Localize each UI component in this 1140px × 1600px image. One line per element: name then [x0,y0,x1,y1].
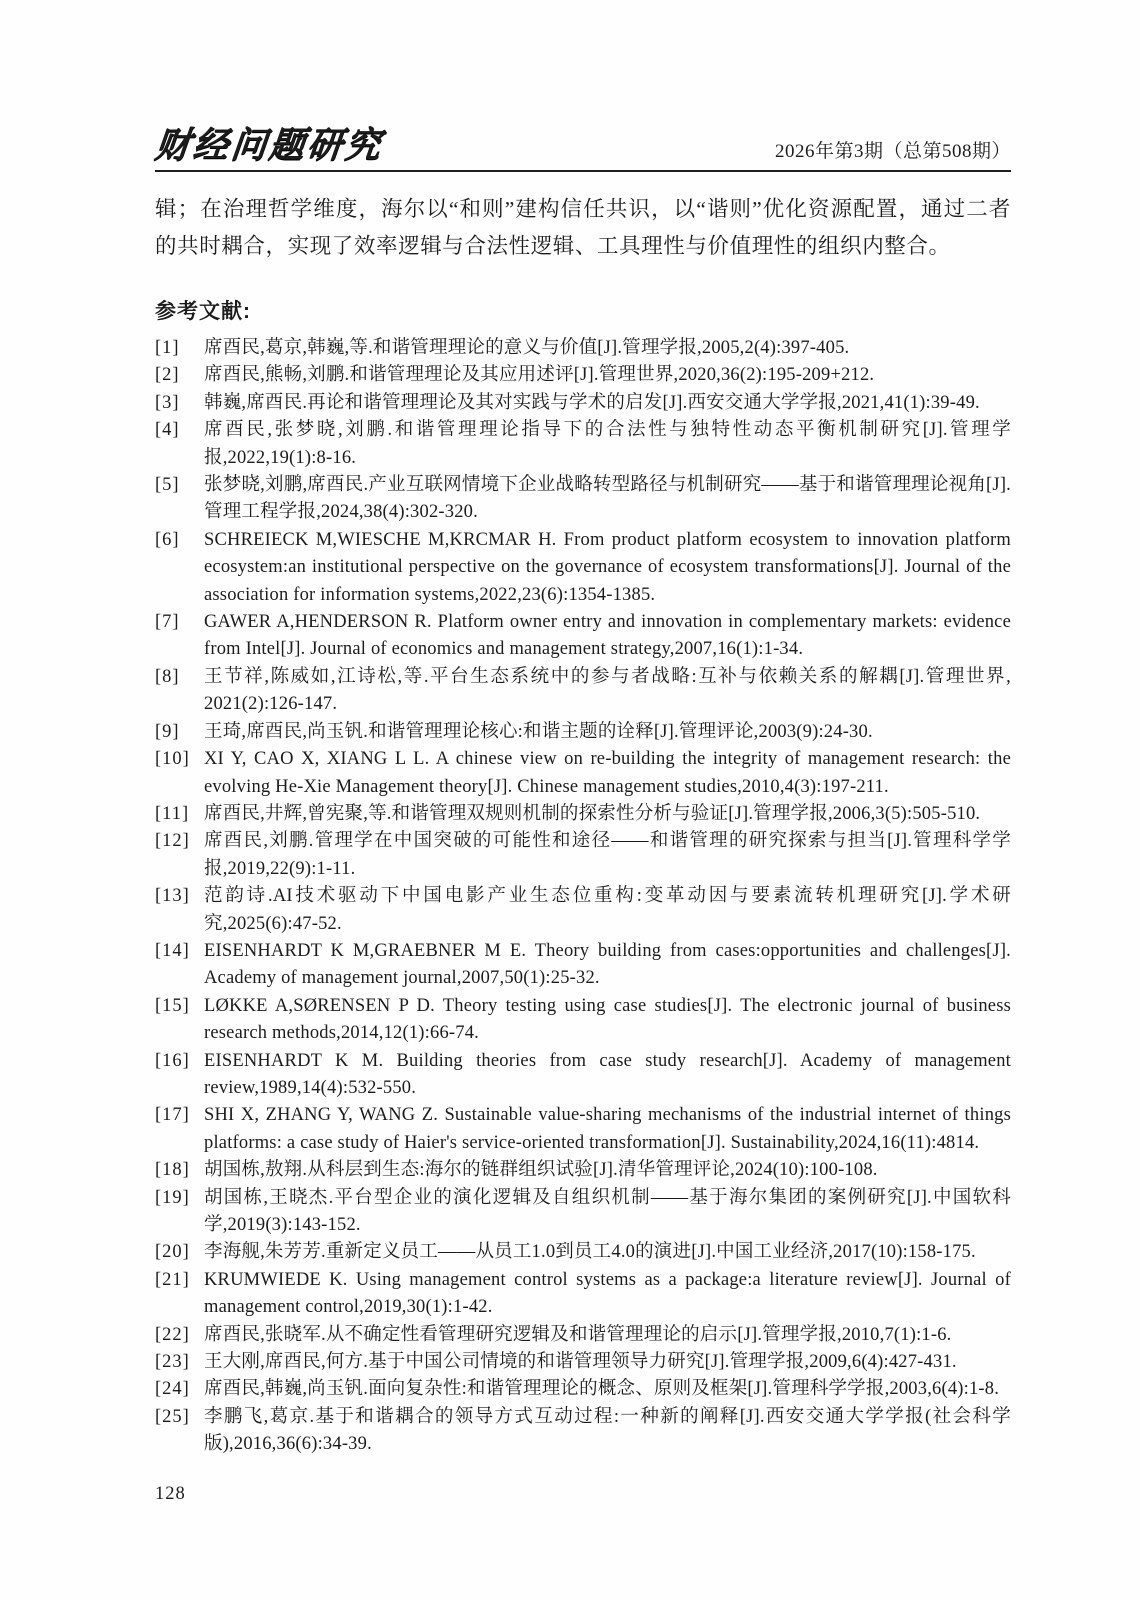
reference-text: 张梦晓,刘鹏,席酉民.产业互联网情境下企业战略转型路径与机制研究——基于和谐管理… [204,475,1011,522]
reference-marker: [9] [155,719,180,746]
reference-text: EISENHARDT K M,GRAEBNER M E. Theory buil… [204,941,1011,988]
reference-marker: [25] [155,1404,190,1431]
reference-item: [6]SCHREIECK M,WIESCHE M,KRCMAR H. From … [155,527,1011,609]
reference-item: [15]LØKKE A,SØRENSEN P D. Theory testing… [155,993,1011,1048]
reference-item: [2]席酉民,熊畅,刘鹏.和谐管理理论及其应用述评[J].管理世界,2020,3… [155,362,1011,389]
reference-marker: [5] [155,472,180,499]
reference-text: SCHREIECK M,WIESCHE M,KRCMAR H. From pro… [204,530,1011,605]
reference-item: [16]EISENHARDT K M. Building theories fr… [155,1048,1011,1103]
reference-item: [4]席酉民,张梦晓,刘鹏.和谐管理理论指导下的合法性与独特性动态平衡机制研究[… [155,417,1011,472]
reference-text: 李海舰,朱芳芳.重新定义员工——从员工1.0到员工4.0的演进[J].中国工业经… [204,1242,976,1262]
reference-text: 席酉民,张梦晓,刘鹏.和谐管理理论指导下的合法性与独特性动态平衡机制研究[J].… [204,420,1011,467]
reference-marker: [20] [155,1239,190,1266]
reference-item: [18]胡国栋,敖翔.从科层到生态:海尔的链群组织试验[J].清华管理评论,20… [155,1157,1011,1184]
reference-marker: [14] [155,938,190,965]
reference-item: [14]EISENHARDT K M,GRAEBNER M E. Theory … [155,938,1011,993]
reference-marker: [21] [155,1267,190,1294]
reference-text: 李鹏飞,葛京.基于和谐耦合的领导方式互动过程:一种新的阐释[J].西安交通大学学… [204,1407,1011,1454]
reference-marker: [24] [155,1376,190,1403]
reference-marker: [11] [155,801,189,828]
reference-item: [11]席酉民,井辉,曾宪聚,等.和谐管理双规则机制的探索性分析与验证[J].管… [155,801,1011,828]
reference-text: 席酉民,张晓军.从不确定性看管理研究逻辑及和谐管理理论的启示[J].管理学报,2… [204,1325,952,1345]
reference-item: [1]席酉民,葛京,韩巍,等.和谐管理理论的意义与价值[J].管理学报,2005… [155,335,1011,362]
reference-item: [19]胡国栋,王晓杰.平台型企业的演化逻辑及自组织机制——基于海尔集团的案例研… [155,1185,1011,1240]
issue-info: 2026年第3期（总第508期） [775,140,1011,165]
reference-item: [24]席酉民,韩巍,尚玉钒.面向复杂性:和谐管理理论的概念、原则及框架[J].… [155,1376,1011,1403]
reference-marker: [1] [155,335,180,362]
reference-text: 席酉民,井辉,曾宪聚,等.和谐管理双规则机制的探索性分析与验证[J].管理学报,… [204,804,980,824]
reference-marker: [16] [155,1048,190,1075]
reference-text: SHI X, ZHANG Y, WANG Z. Sustainable valu… [204,1105,1011,1152]
reference-item: [23]王大刚,席酉民,何方.基于中国公司情境的和谐管理领导力研究[J].管理学… [155,1349,1011,1376]
reference-item: [12]席酉民,刘鹏.管理学在中国突破的可能性和途径——和谐管理的研究探索与担当… [155,828,1011,883]
reference-text: XI Y, CAO X, XIANG L L. A chinese view o… [204,749,1011,796]
reference-text: 范韵诗.AI技术驱动下中国电影产业生态位重构:变革动因与要素流转机理研究[J].… [204,886,1011,933]
references-heading: 参考文献: [155,295,1011,325]
reference-marker: [4] [155,417,180,444]
paper-page: 财经问题研究 2026年第3期（总第508期） 辑；在治理哲学维度，海尔以“和则… [0,0,1140,1600]
journal-logo: 财经问题研究 [153,128,385,166]
lead-paragraph: 辑；在治理哲学维度，海尔以“和则”建构信任共识，以“谐则”优化资源配置，通过二者… [155,191,1011,265]
reference-marker: [15] [155,993,190,1020]
reference-marker: [17] [155,1102,190,1129]
reference-marker: [22] [155,1322,190,1349]
reference-text: 席酉民,熊畅,刘鹏.和谐管理理论及其应用述评[J].管理世界,2020,36(2… [204,365,874,385]
reference-item: [10]XI Y, CAO X, XIANG L L. A chinese vi… [155,746,1011,801]
reference-item: [20]李海舰,朱芳芳.重新定义员工——从员工1.0到员工4.0的演进[J].中… [155,1239,1011,1266]
reference-item: [3]韩巍,席酉民.再论和谐管理理论及其对实践与学术的启发[J].西安交通大学学… [155,390,1011,417]
reference-item: [8]王节祥,陈威如,江诗松,等.平台生态系统中的参与者战略:互补与依赖关系的解… [155,664,1011,719]
reference-marker: [3] [155,390,180,417]
reference-text: 韩巍,席酉民.再论和谐管理理论及其对实践与学术的启发[J].西安交通大学学报,2… [204,393,980,413]
page-number: 128 [155,1484,1011,1505]
reference-text: 胡国栋,敖翔.从科层到生态:海尔的链群组织试验[J].清华管理评论,2024(1… [204,1160,878,1180]
reference-text: 王节祥,陈威如,江诗松,等.平台生态系统中的参与者战略:互补与依赖关系的解耦[J… [204,667,1011,714]
reference-item: [5]张梦晓,刘鹏,席酉民.产业互联网情境下企业战略转型路径与机制研究——基于和… [155,472,1011,527]
reference-marker: [23] [155,1349,190,1376]
reference-text: GAWER A,HENDERSON R. Platform owner entr… [204,612,1011,659]
reference-marker: [6] [155,527,180,554]
reference-list: [1]席酉民,葛京,韩巍,等.和谐管理理论的意义与价值[J].管理学报,2005… [155,335,1011,1459]
reference-item: [22]席酉民,张晓军.从不确定性看管理研究逻辑及和谐管理理论的启示[J].管理… [155,1322,1011,1349]
reference-marker: [12] [155,828,190,855]
reference-text: 胡国栋,王晓杰.平台型企业的演化逻辑及自组织机制——基于海尔集团的案例研究[J]… [204,1188,1011,1235]
reference-item: [7]GAWER A,HENDERSON R. Platform owner e… [155,609,1011,664]
reference-text: 席酉民,葛京,韩巍,等.和谐管理理论的意义与价值[J].管理学报,2005,2(… [204,338,849,358]
reference-text: LØKKE A,SØRENSEN P D. Theory testing usi… [204,996,1011,1043]
reference-text: 席酉民,韩巍,尚玉钒.面向复杂性:和谐管理理论的概念、原则及框架[J].管理科学… [204,1379,999,1399]
reference-marker: [13] [155,883,190,910]
reference-marker: [18] [155,1157,190,1184]
reference-marker: [8] [155,664,180,691]
reference-marker: [10] [155,746,190,773]
reference-marker: [19] [155,1185,190,1212]
reference-item: [13]范韵诗.AI技术驱动下中国电影产业生态位重构:变革动因与要素流转机理研究… [155,883,1011,938]
journal-header: 财经问题研究 2026年第3期（总第508期） [155,128,1011,172]
reference-marker: [7] [155,609,180,636]
reference-text: 王琦,席酉民,尚玉钒.和谐管理理论核心:和谐主题的诠释[J].管理评论,2003… [204,722,873,742]
reference-text: 王大刚,席酉民,何方.基于中国公司情境的和谐管理领导力研究[J].管理学报,20… [204,1352,957,1372]
reference-text: KRUMWIEDE K. Using management control sy… [204,1270,1011,1317]
reference-item: [25]李鹏飞,葛京.基于和谐耦合的领导方式互动过程:一种新的阐释[J].西安交… [155,1404,1011,1459]
reference-marker: [2] [155,362,180,389]
reference-item: [17]SHI X, ZHANG Y, WANG Z. Sustainable … [155,1102,1011,1157]
reference-item: [9]王琦,席酉民,尚玉钒.和谐管理理论核心:和谐主题的诠释[J].管理评论,2… [155,719,1011,746]
page-content: 财经问题研究 2026年第3期（总第508期） 辑；在治理哲学维度，海尔以“和则… [155,128,1011,1505]
reference-text: 席酉民,刘鹏.管理学在中国突破的可能性和途径——和谐管理的研究探索与担当[J].… [204,831,1011,878]
reference-item: [21]KRUMWIEDE K. Using management contro… [155,1267,1011,1322]
reference-text: EISENHARDT K M. Building theories from c… [204,1051,1011,1098]
